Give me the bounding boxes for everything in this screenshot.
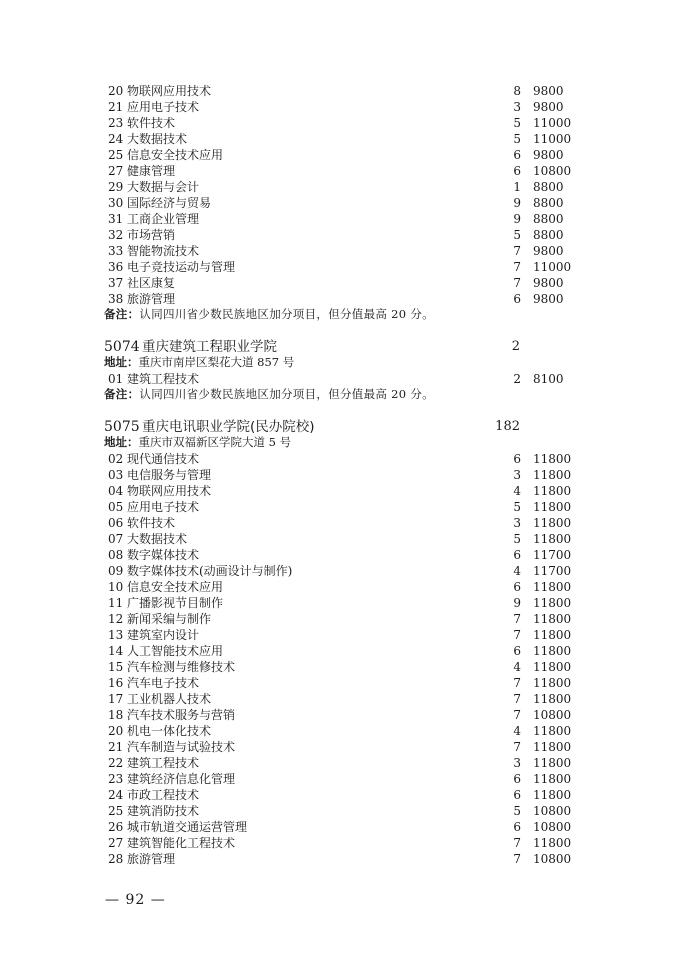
plan-count: 7 [511, 691, 521, 707]
major-name: 健康管理 [127, 163, 175, 179]
major-row: 21应用电子技术39800 [104, 99, 584, 115]
major-row: 04物联网应用技术411800 [104, 483, 584, 499]
major-row: 10信息安全技术应用611800 [104, 579, 584, 595]
major-name: 建筑工程技术 [127, 371, 199, 387]
major-code: 05 [108, 499, 126, 515]
major-row: 23软件技术511000 [104, 115, 584, 131]
major-name: 电子竞技运动与管理 [127, 259, 235, 275]
major-name: 建筑智能化工程技术 [127, 835, 235, 851]
major-row: 27建筑智能化工程技术711800 [104, 835, 584, 851]
tuition-fee: 11700 [533, 547, 571, 563]
tuition-fee: 11800 [533, 787, 571, 803]
plan-count: 6 [511, 451, 521, 467]
major-name: 信息安全技术应用 [127, 579, 223, 595]
major-row: 20机电一体化技术411800 [104, 723, 584, 739]
major-row: 22建筑工程技术311800 [104, 755, 584, 771]
plan-count: 7 [511, 675, 521, 691]
major-row: 02现代通信技术611800 [104, 451, 584, 467]
plan-count: 9 [511, 195, 521, 211]
plan-count: 6 [511, 291, 521, 307]
tuition-fee: 11800 [533, 595, 571, 611]
major-name: 软件技术 [127, 115, 175, 131]
plan-count: 5 [511, 499, 521, 515]
tuition-fee: 11800 [533, 499, 571, 515]
plan-count: 7 [511, 627, 521, 643]
tuition-fee: 9800 [533, 275, 564, 291]
plan-count: 6 [511, 819, 521, 835]
major-row: 11广播影视节目制作911800 [104, 595, 584, 611]
major-row: 17工业机器人技术711800 [104, 691, 584, 707]
major-name: 市场营销 [127, 227, 175, 243]
major-code: 24 [108, 787, 126, 803]
major-name: 大数据技术 [127, 531, 187, 547]
major-code: 23 [108, 115, 126, 131]
major-code: 23 [108, 771, 126, 787]
major-name: 汽车检测与维修技术 [127, 659, 235, 675]
major-row: 20物联网应用技术89800 [104, 83, 584, 99]
tuition-fee: 8800 [533, 227, 564, 243]
plan-count: 3 [511, 99, 521, 115]
major-name: 大数据与会计 [127, 179, 199, 195]
plan-count: 7 [511, 707, 521, 723]
major-row: 21汽车制造与试验技术711800 [104, 739, 584, 755]
major-row: 29大数据与会计18800 [104, 179, 584, 195]
major-code: 21 [108, 739, 126, 755]
major-code: 14 [108, 643, 126, 659]
major-name: 人工智能技术应用 [127, 643, 223, 659]
tuition-fee: 11800 [533, 579, 571, 595]
major-row: 16汽车电子技术711800 [104, 675, 584, 691]
plan-count: 8 [511, 83, 521, 99]
plan-count: 3 [511, 467, 521, 483]
major-name: 机电一体化技术 [127, 723, 211, 739]
major-code: 24 [108, 131, 126, 147]
major-row: 38旅游管理69800 [104, 291, 584, 307]
major-code: 20 [108, 723, 126, 739]
major-code: 25 [108, 147, 126, 163]
tuition-fee: 8800 [533, 195, 564, 211]
major-row: 23建筑经济信息化管理611800 [104, 771, 584, 787]
major-name: 社区康复 [127, 275, 175, 291]
plan-count: 9 [511, 595, 521, 611]
tuition-fee: 11800 [533, 483, 571, 499]
tuition-fee: 9800 [533, 243, 564, 259]
major-name: 汽车电子技术 [127, 675, 199, 691]
school-total-plan: 2 [484, 337, 520, 357]
major-name: 大数据技术 [127, 131, 187, 147]
tuition-fee: 11800 [533, 467, 571, 483]
major-name: 工商企业管理 [127, 211, 199, 227]
tuition-fee: 11800 [533, 451, 571, 467]
address-label: 地址： [104, 355, 139, 369]
major-name: 汽车技术服务与营销 [127, 707, 235, 723]
major-code: 29 [108, 179, 126, 195]
school-total-plan: 182 [484, 417, 520, 437]
major-name: 现代通信技术 [127, 451, 199, 467]
plan-count: 6 [511, 771, 521, 787]
plan-count: 2 [511, 371, 521, 387]
major-code: 36 [108, 259, 126, 275]
major-code: 02 [108, 451, 126, 467]
tuition-fee: 11800 [533, 643, 571, 659]
major-code: 22 [108, 755, 126, 771]
school-address: 地址：重庆市双福新区学院大道 5 号 [104, 434, 291, 450]
remark-text: 认同四川省少数民族地区加分项目，但分值最高 20 分。 [139, 387, 434, 401]
major-code: 20 [108, 83, 126, 99]
major-code: 30 [108, 195, 126, 211]
tuition-fee: 11800 [533, 531, 571, 547]
major-name: 信息安全技术应用 [127, 147, 223, 163]
tuition-fee: 11000 [533, 115, 571, 131]
major-name: 建筑消防技术 [127, 803, 199, 819]
address-label: 地址： [104, 435, 139, 449]
major-code: 33 [108, 243, 126, 259]
major-row: 18汽车技术服务与营销710800 [104, 707, 584, 723]
major-name: 市政工程技术 [127, 787, 199, 803]
major-name: 应用电子技术 [127, 99, 199, 115]
plan-count: 7 [511, 259, 521, 275]
major-name: 电信服务与管理 [127, 467, 211, 483]
tuition-fee: 11800 [533, 755, 571, 771]
tuition-fee: 11800 [533, 611, 571, 627]
tuition-fee: 11800 [533, 739, 571, 755]
major-row: 25建筑消防技术510800 [104, 803, 584, 819]
major-code: 12 [108, 611, 126, 627]
remark-note: 备注：认同四川省少数民族地区加分项目，但分值最高 20 分。 [104, 386, 434, 402]
major-name: 数字媒体技术(动画设计与制作) [127, 563, 292, 579]
major-code: 21 [108, 99, 126, 115]
tuition-fee: 9800 [533, 99, 564, 115]
plan-count: 6 [511, 787, 521, 803]
major-code: 27 [108, 835, 126, 851]
major-name: 应用电子技术 [127, 499, 199, 515]
plan-count: 5 [511, 803, 521, 819]
plan-count: 4 [511, 483, 521, 499]
plan-count: 4 [511, 659, 521, 675]
school-address: 地址：重庆市南岸区梨花大道 857 号 [104, 354, 294, 370]
plan-count: 5 [511, 115, 521, 131]
major-row: 13建筑室内设计711800 [104, 627, 584, 643]
major-row: 12新闻采编与制作711800 [104, 611, 584, 627]
tuition-fee: 9800 [533, 291, 564, 307]
major-row: 09数字媒体技术(动画设计与制作)411700 [104, 563, 584, 579]
tuition-fee: 11800 [533, 659, 571, 675]
plan-count: 1 [511, 179, 521, 195]
plan-count: 6 [511, 547, 521, 563]
major-code: 18 [108, 707, 126, 723]
major-row: 33智能物流技术79800 [104, 243, 584, 259]
tuition-fee: 11000 [533, 259, 571, 275]
plan-count: 7 [511, 835, 521, 851]
major-name: 旅游管理 [127, 291, 175, 307]
plan-count: 7 [511, 275, 521, 291]
major-name: 物联网应用技术 [127, 83, 211, 99]
address-text: 重庆市南岸区梨花大道 857 号 [139, 355, 295, 369]
tuition-fee: 10800 [533, 707, 571, 723]
remark-label: 备注： [104, 387, 139, 401]
major-code: 16 [108, 675, 126, 691]
plan-count: 6 [511, 579, 521, 595]
tuition-fee: 8800 [533, 179, 564, 195]
plan-count: 7 [511, 851, 521, 867]
tuition-fee: 9800 [533, 83, 564, 99]
plan-count: 5 [511, 531, 521, 547]
major-row: 01建筑工程技术28100 [104, 371, 584, 387]
major-name: 数字媒体技术 [127, 547, 199, 563]
major-row: 30国际经济与贸易98800 [104, 195, 584, 211]
major-code: 25 [108, 803, 126, 819]
tuition-fee: 11800 [533, 771, 571, 787]
plan-count: 7 [511, 611, 521, 627]
major-code: 11 [108, 595, 126, 611]
plan-count: 4 [511, 563, 521, 579]
tuition-fee: 11800 [533, 515, 571, 531]
tuition-fee: 10800 [533, 851, 571, 867]
major-row: 15汽车检测与维修技术411800 [104, 659, 584, 675]
major-row: 27健康管理610800 [104, 163, 584, 179]
major-code: 08 [108, 547, 126, 563]
major-name: 汽车制造与试验技术 [127, 739, 235, 755]
major-name: 建筑室内设计 [127, 627, 199, 643]
major-code: 37 [108, 275, 126, 291]
major-row: 31工商企业管理98800 [104, 211, 584, 227]
major-code: 27 [108, 163, 126, 179]
major-code: 01 [108, 371, 126, 387]
major-code: 03 [108, 467, 126, 483]
tuition-fee: 8100 [533, 371, 564, 387]
tuition-fee: 11800 [533, 835, 571, 851]
major-name: 物联网应用技术 [127, 483, 211, 499]
major-name: 新闻采编与制作 [127, 611, 211, 627]
major-name: 城市轨道交通运营管理 [127, 819, 247, 835]
major-name: 广播影视节目制作 [127, 595, 223, 611]
document-page: 20物联网应用技术89800 21应用电子技术39800 23软件技术51100… [0, 0, 680, 961]
tuition-fee: 10800 [533, 163, 571, 179]
major-row: 28旅游管理710800 [104, 851, 584, 867]
major-code: 09 [108, 563, 126, 579]
tuition-fee: 8800 [533, 211, 564, 227]
tuition-fee: 11800 [533, 723, 571, 739]
major-row: 06软件技术311800 [104, 515, 584, 531]
major-code: 13 [108, 627, 126, 643]
major-code: 10 [108, 579, 126, 595]
major-code: 07 [108, 531, 126, 547]
major-code: 28 [108, 851, 126, 867]
major-name: 建筑工程技术 [127, 755, 199, 771]
plan-count: 9 [511, 211, 521, 227]
major-code: 32 [108, 227, 126, 243]
major-name: 建筑经济信息化管理 [127, 771, 235, 787]
major-row: 26城市轨道交通运营管理610800 [104, 819, 584, 835]
major-name: 工业机器人技术 [127, 691, 211, 707]
major-code: 06 [108, 515, 126, 531]
major-row: 14人工智能技术应用611800 [104, 643, 584, 659]
plan-count: 3 [511, 515, 521, 531]
major-name: 国际经济与贸易 [127, 195, 211, 211]
plan-count: 4 [511, 723, 521, 739]
tuition-fee: 9800 [533, 147, 564, 163]
plan-count: 5 [511, 131, 521, 147]
major-code: 38 [108, 291, 126, 307]
plan-count: 6 [511, 147, 521, 163]
tuition-fee: 11800 [533, 691, 571, 707]
major-name: 智能物流技术 [127, 243, 199, 259]
major-row: 08数字媒体技术611700 [104, 547, 584, 563]
plan-count: 6 [511, 163, 521, 179]
remark-label: 备注： [104, 307, 139, 321]
tuition-fee: 11800 [533, 627, 571, 643]
tuition-fee: 10800 [533, 803, 571, 819]
major-name: 软件技术 [127, 515, 175, 531]
major-row: 07大数据技术511800 [104, 531, 584, 547]
major-row: 05应用电子技术511800 [104, 499, 584, 515]
plan-count: 3 [511, 755, 521, 771]
major-row: 24市政工程技术611800 [104, 787, 584, 803]
major-code: 26 [108, 819, 126, 835]
major-code: 31 [108, 211, 126, 227]
major-row: 32市场营销58800 [104, 227, 584, 243]
plan-count: 7 [511, 243, 521, 259]
page-number: — 92 — [105, 892, 166, 908]
major-row: 24大数据技术511000 [104, 131, 584, 147]
tuition-fee: 11700 [533, 563, 571, 579]
major-code: 04 [108, 483, 126, 499]
major-row: 25信息安全技术应用69800 [104, 147, 584, 163]
address-text: 重庆市双福新区学院大道 5 号 [139, 435, 292, 449]
major-name: 旅游管理 [127, 851, 175, 867]
remark-text: 认同四川省少数民族地区加分项目，但分值最高 20 分。 [139, 307, 434, 321]
plan-count: 6 [511, 643, 521, 659]
tuition-fee: 11800 [533, 675, 571, 691]
major-row: 37社区康复79800 [104, 275, 584, 291]
plan-count: 5 [511, 227, 521, 243]
remark-note: 备注：认同四川省少数民族地区加分项目，但分值最高 20 分。 [104, 306, 434, 322]
plan-count: 7 [511, 739, 521, 755]
major-row: 03电信服务与管理311800 [104, 467, 584, 483]
major-row: 36电子竞技运动与管理711000 [104, 259, 584, 275]
major-code: 15 [108, 659, 126, 675]
tuition-fee: 11000 [533, 131, 571, 147]
major-code: 17 [108, 691, 126, 707]
tuition-fee: 10800 [533, 819, 571, 835]
